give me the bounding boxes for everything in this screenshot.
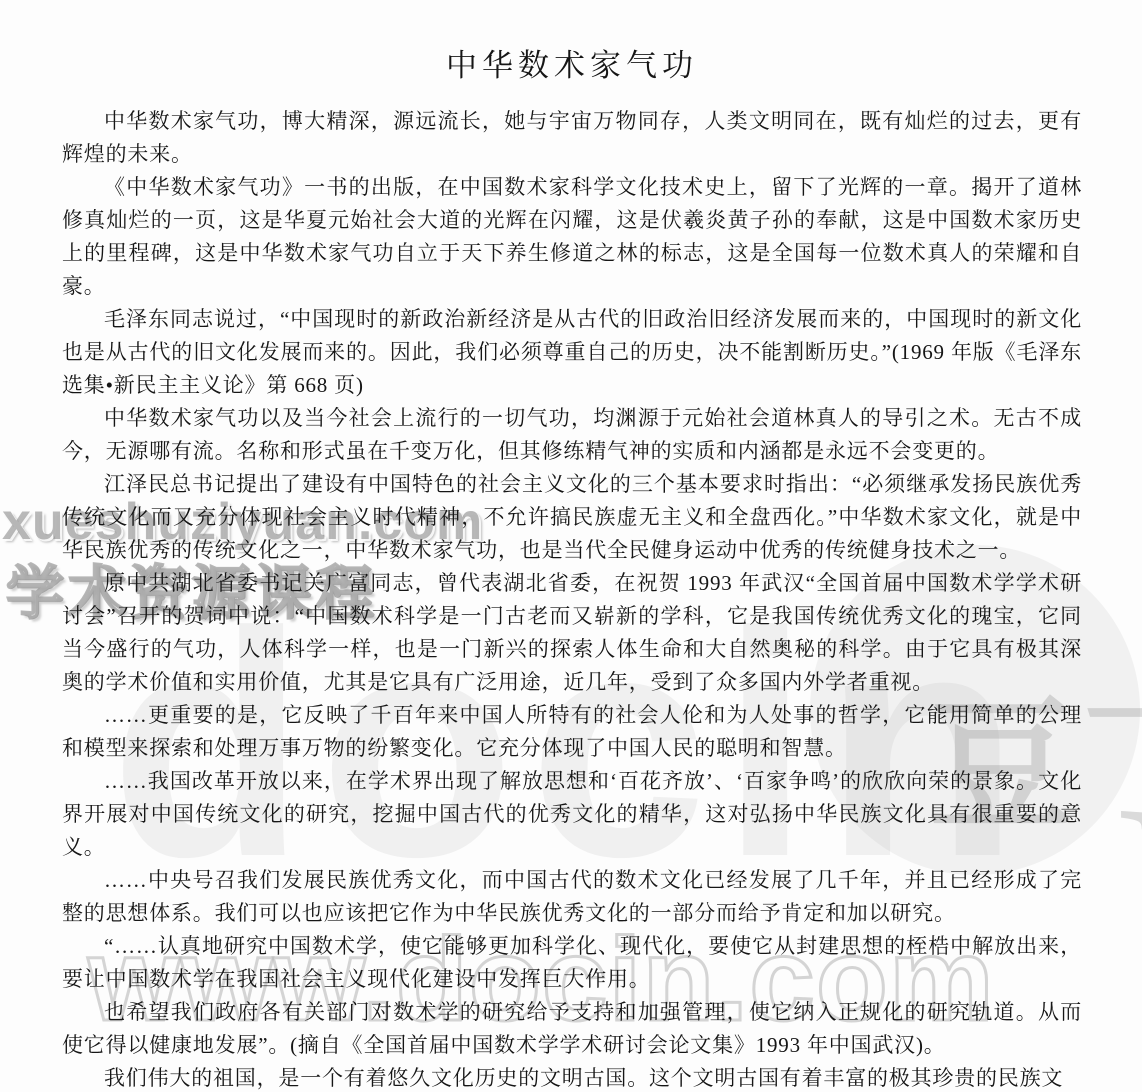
paragraph-3: 毛泽东同志说过，“中国现时的新政治新经济是从古代的旧政治旧经济发展而来的，中国现… [62,303,1082,402]
paragraph-11: 也希望我们政府各有关部门对数术学的研究给予支持和加强管理，使它纳入正规化的研究轨… [62,996,1082,1062]
paragraph-9: ……中央号召我们发展民族优秀文化，而中国古代的数术文化已经发展了几千年，并且已经… [62,864,1082,930]
paragraph-2: 《中华数术家气功》一书的出版，在中国数术家科学文化技术史上，留下了光辉的一章。揭… [62,171,1082,303]
paragraph-8: ……我国改革开放以来，在学术界出现了解放思想和‘百花齐放’、‘百家争鸣’的欣欣向… [62,765,1082,864]
document-title: 中华数术家气功 [62,46,1082,86]
paragraph-7: ……更重要的是，它反映了千百年来中国人所特有的社会人伦和为人处事的哲学，它能用简… [62,699,1082,765]
paragraph-10: “……认真地研究中国数术学，使它能够更加科学化、现代化，要使它从封建思想的桎梏中… [62,930,1082,996]
paragraph-5: 江泽民总书记提出了建设有中国特色的社会主义文化的三个基本要求时指出：“必须继承发… [62,468,1082,567]
paragraph-4: 中华数术家气功以及当今社会上流行的一切气功，均渊源于元始社会道林真人的导引之术。… [62,402,1082,468]
paragraph-12: 我们伟大的祖国，是一个有着悠久文化历史的文明古国。这个文明古国有着丰富的极其珍贵… [62,1062,1082,1092]
paragraph-6: 原中共湖北省委书记关广富同志，曾代表湖北省委，在祝贺 1993 年武汉“全国首届… [62,567,1082,699]
paragraph-1: 中华数术家气功，博大精深，源远流长，她与宇宙万物同存，人类文明同在，既有灿烂的过… [62,105,1082,171]
document-content: 中华数术家气功 中华数术家气功，博大精深，源远流长，她与宇宙万物同存，人类文明同… [62,46,1082,1092]
document-page: docin 豆丁 xueshuziyuan.com 学术资源课程 www.doc… [0,0,1142,1092]
